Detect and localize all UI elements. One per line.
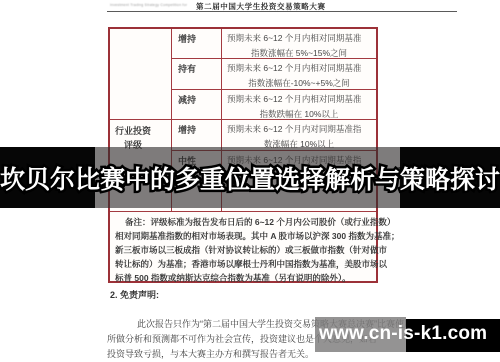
table-row: 增持 预期未来 6~12 个月内相对同期基准 指数涨幅在 5%~15%之间 [172, 29, 376, 58]
watermark-url: www.cn-is-k1.com [319, 323, 487, 345]
header-english-caption: Investment Trading Strategy Competition … [110, 3, 188, 7]
note-line: 标普 500 指数或纳斯达克综合指数为基准（另有说明的除外）。 [115, 271, 371, 285]
desc-line: 预期未来 6~12 个月内相对同期基准 [222, 31, 376, 46]
header-rule [107, 11, 457, 12]
rating-cell: 增持 [172, 120, 222, 150]
headline-text: 坎贝尔比赛中的多重位置选择解析与策略探讨 [0, 160, 500, 196]
disclaimer-line: 投资导致亏损，与本大赛主办方和撰写报告者无关。 [107, 347, 314, 360]
desc-line: 预期未来 6~12 个月内对同期基准指 [222, 122, 376, 137]
desc-cell: 预期未来 6~12 个月内相对同期基准 指数涨幅在-10%~+5%之间 [222, 59, 376, 89]
disclaimer-heading: 2. 免责声明: [110, 288, 159, 301]
note-line: 相对同期基准指数的相对市场表现。其中 A 股市场以沪深 300 指数为基准； [115, 229, 371, 243]
table-row: 减持 预期未来 6~12 个月内相对同期基准 指数跌幅在 10%以上 [172, 89, 376, 119]
desc-line: 预期未来 6~12 个月内相对同期基准 [222, 92, 376, 107]
note-line: 新三板市场以三板成指（针对协议转让标的）或三板做市指数（针对做市 [115, 243, 371, 257]
table-group-company: 增持 预期未来 6~12 个月内相对同期基准 指数涨幅在 5%~15%之间 持有… [110, 29, 376, 119]
group-label-blank [110, 29, 172, 119]
table-row: 持有 预期未来 6~12 个月内相对同期基准 指数涨幅在-10%~+5%之间 [172, 58, 376, 89]
table-note: 备注：评级标准为报告发布日后的 6~12 个月内公司股价（或行业指数） 相对同期… [110, 211, 376, 281]
group-label-line: 行业投资 [115, 124, 171, 138]
rating-cell: 增持 [172, 29, 222, 58]
desc-cell: 预期未来 6~12 个月内相对同期基准 指数跌幅在 10%以上 [222, 90, 376, 119]
desc-line: 预期未来 6~12 个月内相对同期基准 [222, 61, 376, 76]
note-line: 转让标的）为基准；香港市场以摩根士丹利中国指数为基准，美股市场以 [115, 257, 371, 271]
rating-cell: 持有 [172, 59, 222, 89]
desc-cell: 预期未来 6~12 个月内对同期基准指 数涨幅在 10%以上 [222, 120, 376, 150]
note-line: 备注：评级标准为报告发布日后的 6~12 个月内公司股价（或行业指数） [115, 215, 371, 229]
desc-cell: 预期未来 6~12 个月内相对同期基准 指数涨幅在 5%~15%之间 [222, 29, 376, 58]
article-thumbnail: Investment Trading Strategy Competition … [0, 0, 500, 362]
table-row: 增持 预期未来 6~12 个月内对同期基准指 数涨幅在 10%以上 [172, 120, 376, 150]
rating-cell: 减持 [172, 90, 222, 119]
